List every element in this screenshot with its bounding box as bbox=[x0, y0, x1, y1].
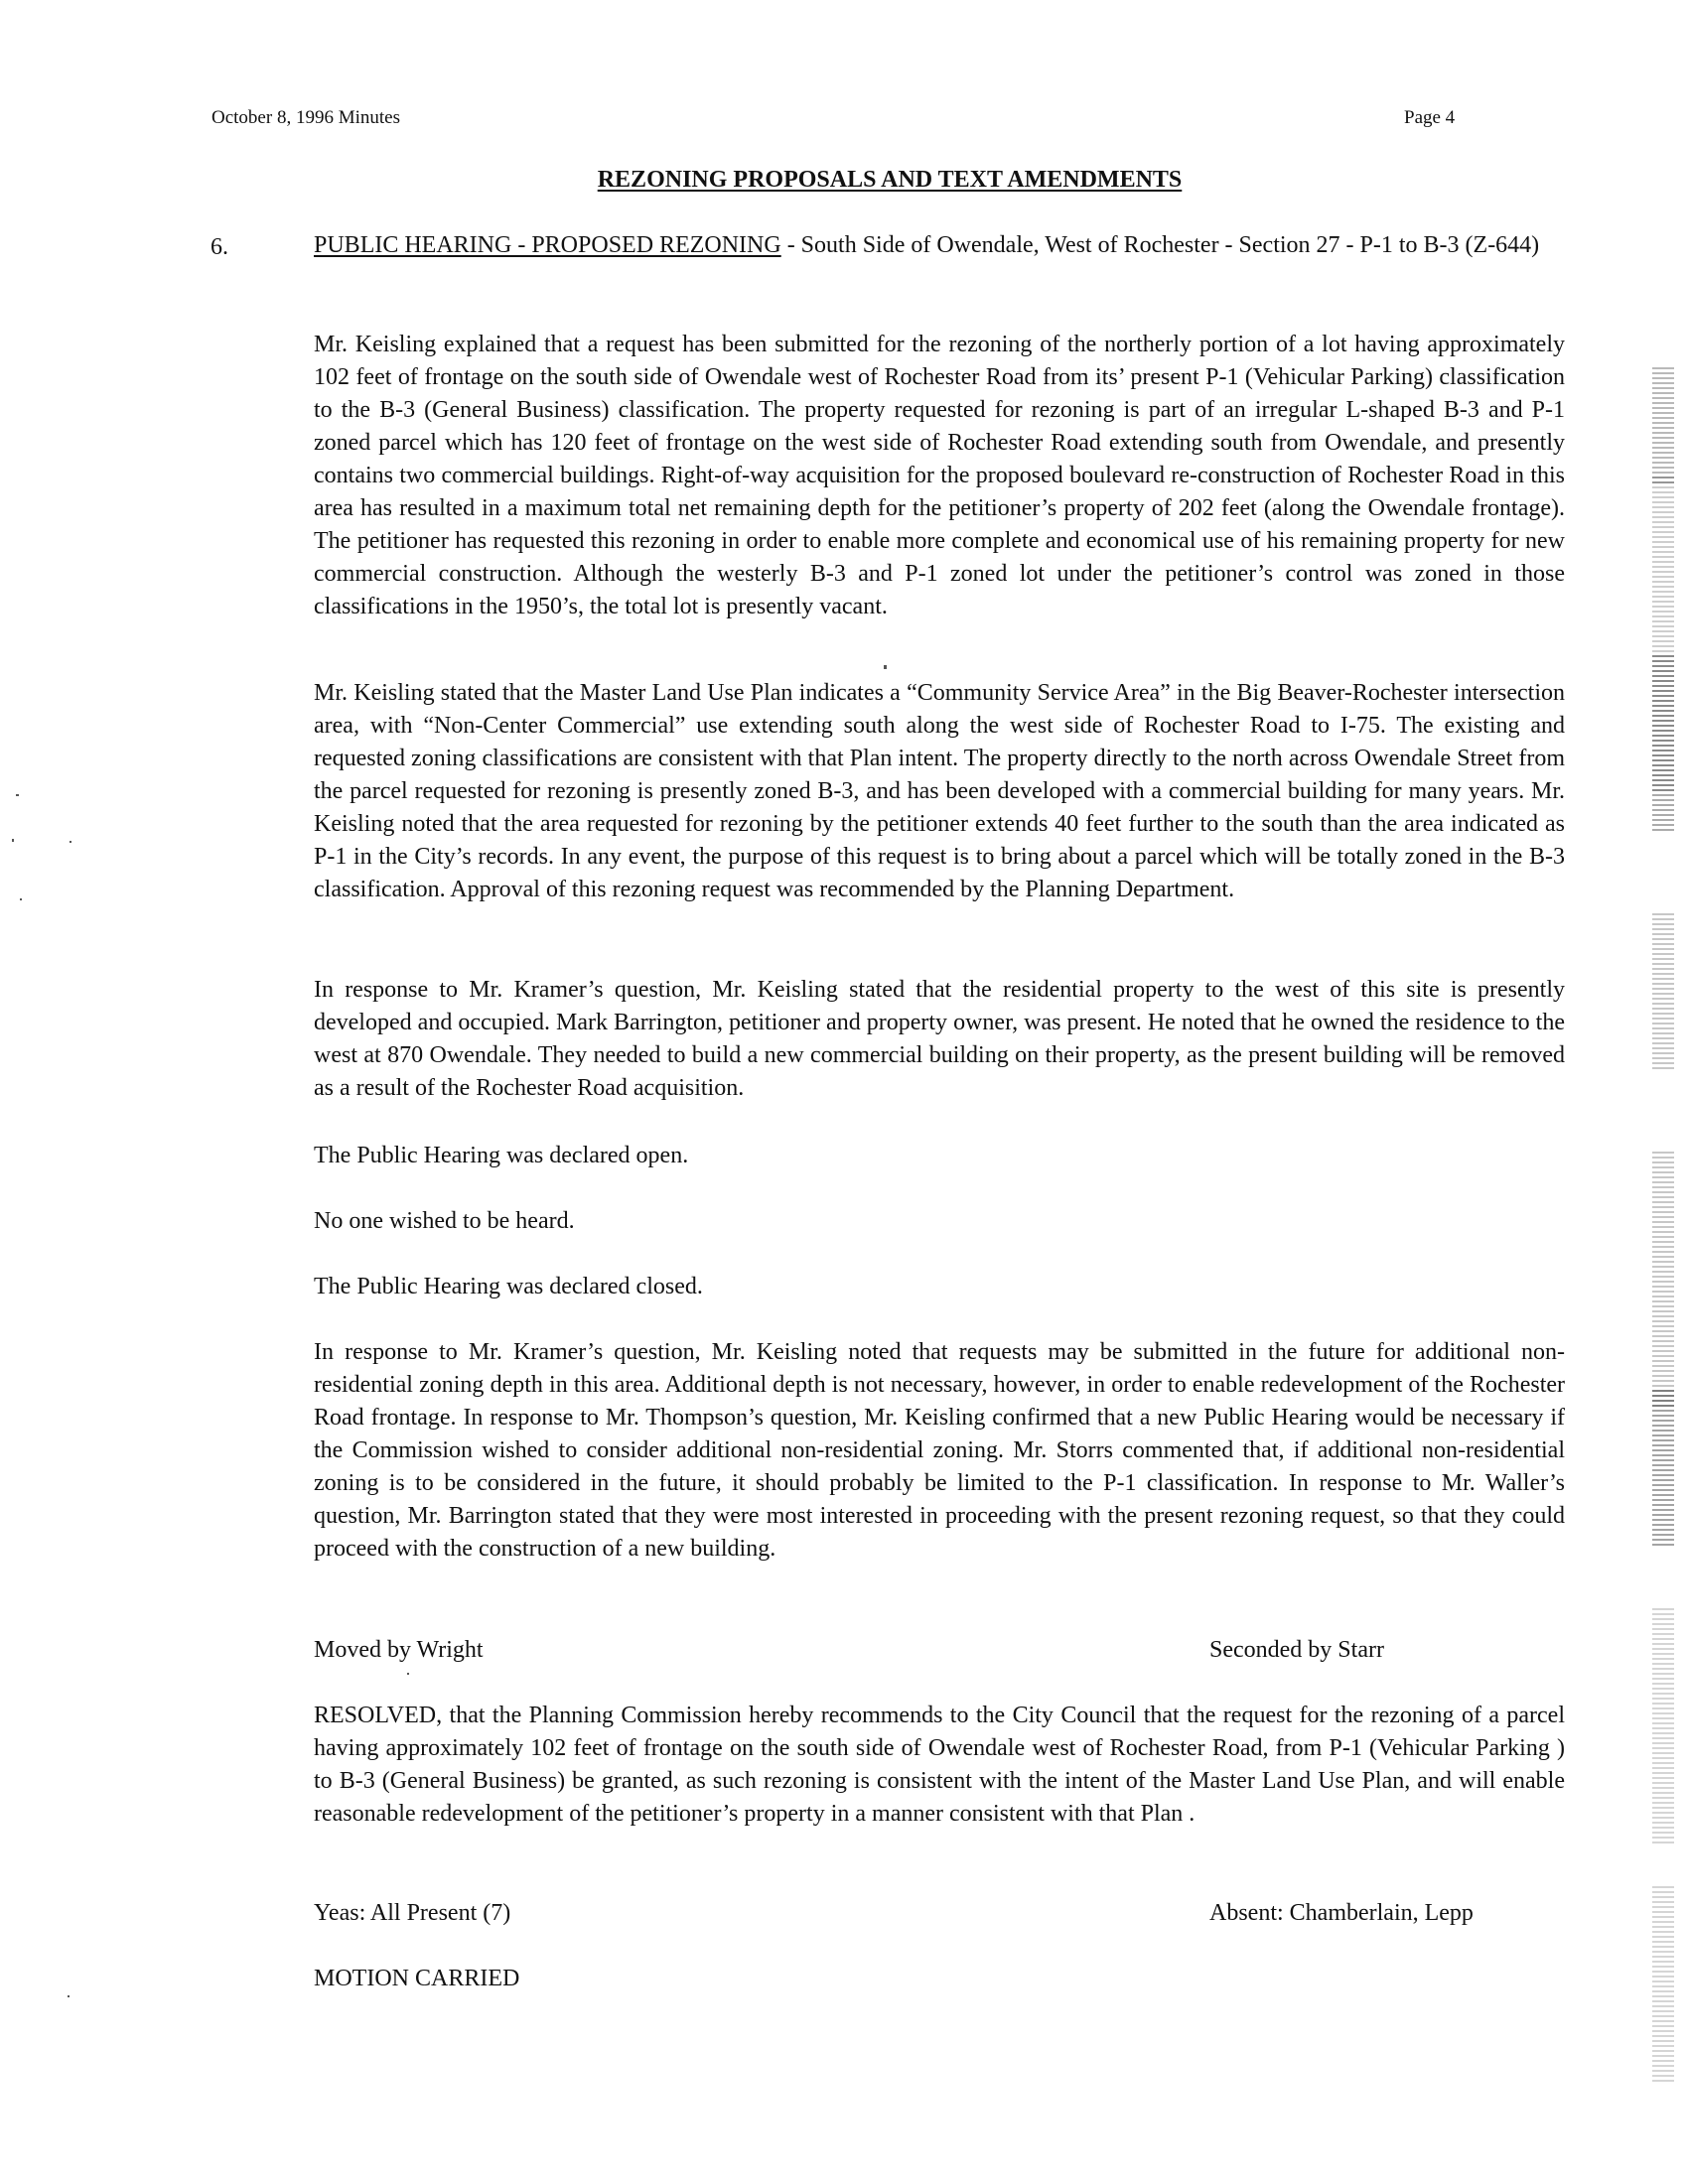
scan-speck bbox=[68, 1995, 70, 1997]
page-number: Page 4 bbox=[1404, 107, 1455, 129]
no-one-heard-line: No one wished to be heard. bbox=[314, 1205, 575, 1238]
item-number: 6. bbox=[211, 234, 228, 261]
paragraph-text: Mr. Keisling stated that the Master Land… bbox=[314, 677, 1565, 906]
hearing-closed-line: The Public Hearing was declared closed. bbox=[314, 1271, 703, 1303]
section-heading: REZONING PROPOSALS AND TEXT AMENDMENTS bbox=[0, 167, 1688, 194]
seconded-by: Seconded by Starr bbox=[1209, 1634, 1384, 1667]
scan-speck bbox=[20, 898, 22, 900]
scan-streak bbox=[1652, 367, 1674, 486]
resolution-paragraph: RESOLVED, that the Planning Commission h… bbox=[314, 1700, 1565, 1831]
paragraph-text: In response to Mr. Kramer’s question, Mr… bbox=[314, 1336, 1565, 1566]
scan-speck bbox=[16, 794, 19, 796]
paragraph-1: Mr. Keisling explained that a request ha… bbox=[314, 329, 1565, 623]
paragraph-2: Mr. Keisling stated that the Master Land… bbox=[314, 677, 1565, 906]
yeas-line: Yeas: All Present (7) bbox=[314, 1897, 510, 1930]
discussion-paragraph: In response to Mr. Kramer’s question, Mr… bbox=[314, 1336, 1565, 1566]
scan-speck bbox=[884, 665, 887, 669]
paragraph-text: RESOLVED, that the Planning Commission h… bbox=[314, 1700, 1565, 1831]
hearing-open-line: The Public Hearing was declared open. bbox=[314, 1140, 688, 1172]
absent-line: Absent: Chamberlain, Lepp bbox=[1209, 1897, 1474, 1930]
paragraph-text: Mr. Keisling explained that a request ha… bbox=[314, 329, 1565, 623]
minutes-date: October 8, 1996 Minutes bbox=[211, 107, 400, 129]
item-title-rest: - South Side of Owendale, West of Roches… bbox=[781, 232, 1540, 258]
scan-streak bbox=[1652, 1390, 1674, 1549]
scan-speck bbox=[407, 1673, 409, 1675]
item-title: PUBLIC HEARING - PROPOSED REZONING - Sou… bbox=[314, 229, 1565, 262]
scan-streak bbox=[1652, 1152, 1674, 1410]
scan-speck bbox=[70, 841, 71, 843]
paragraph-3: In response to Mr. Kramer’s question, Mr… bbox=[314, 974, 1565, 1105]
scan-streak bbox=[1652, 913, 1674, 1072]
scan-streak bbox=[1652, 1886, 1674, 2085]
motion-result: MOTION CARRIED bbox=[314, 1963, 519, 1995]
paragraph-text: In response to Mr. Kramer’s question, Mr… bbox=[314, 974, 1565, 1105]
scan-streak bbox=[1652, 655, 1674, 834]
scan-speck bbox=[12, 839, 14, 842]
item-title-underlined: PUBLIC HEARING - PROPOSED REZONING bbox=[314, 232, 781, 258]
moved-by: Moved by Wright bbox=[314, 1634, 484, 1667]
scan-streak bbox=[1652, 1608, 1674, 1846]
